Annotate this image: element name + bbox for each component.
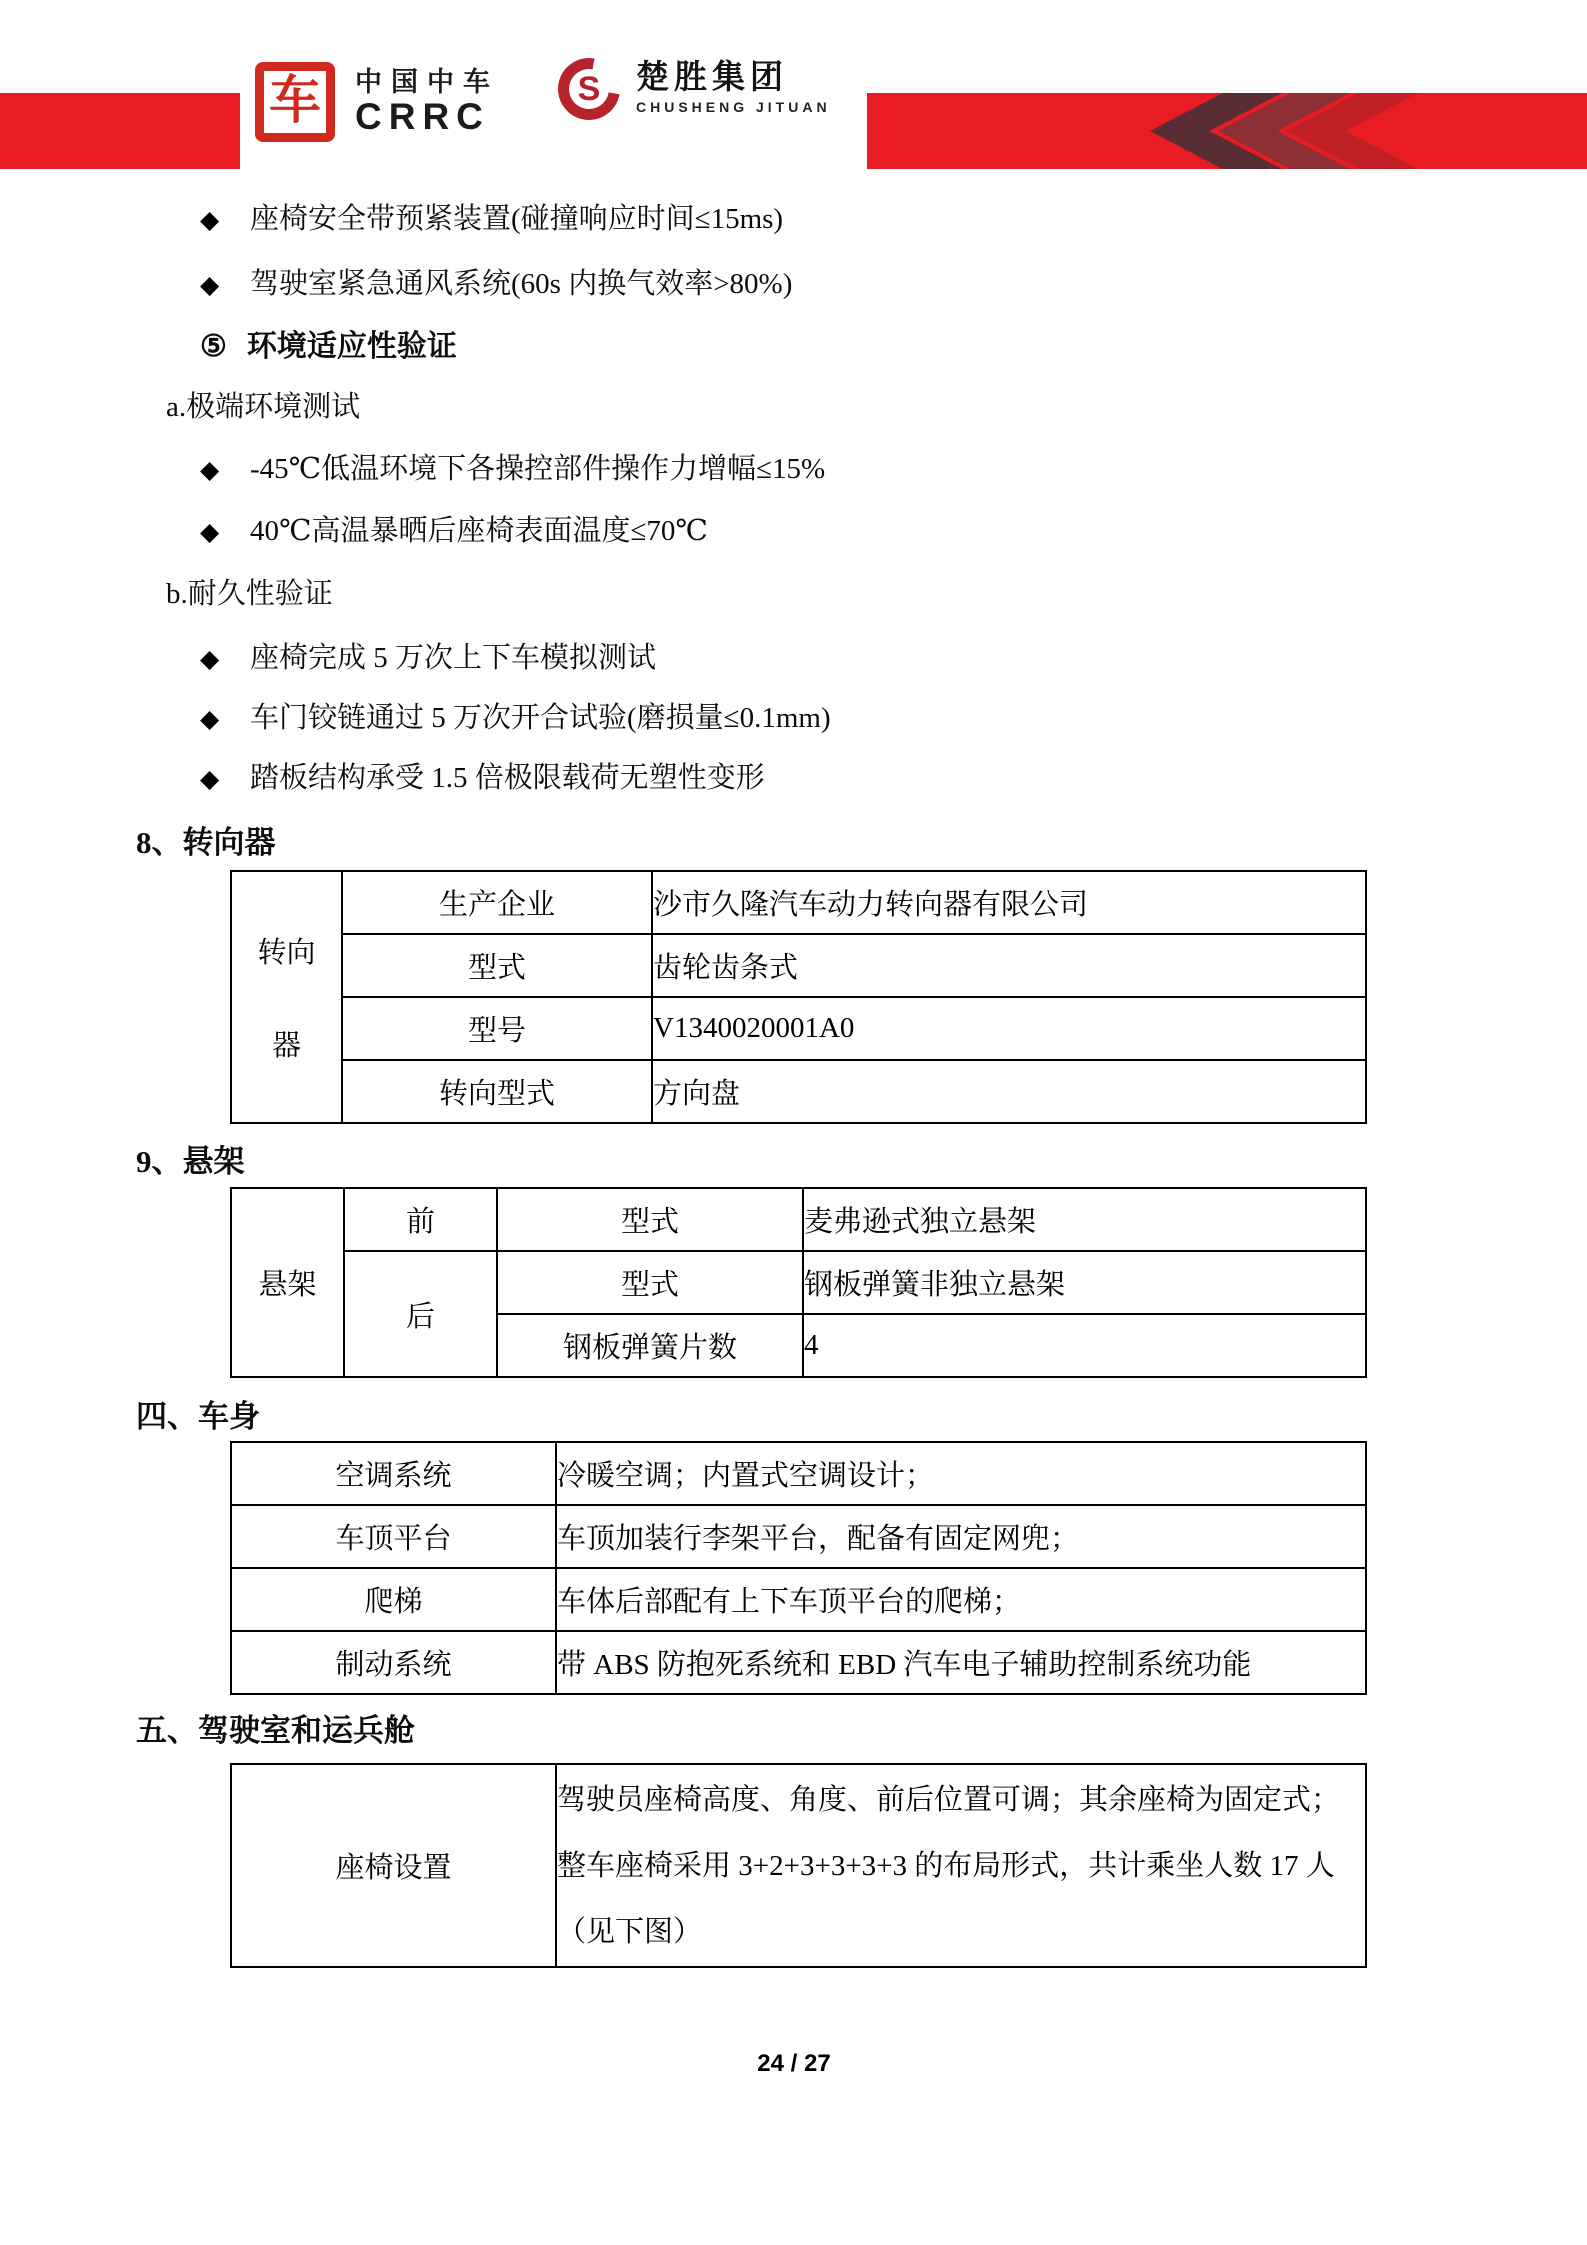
diamond-bullet-icon: ◆ [200, 263, 250, 309]
table-row: 爬梯 车体后部配有上下车顶平台的爬梯； [231, 1568, 1366, 1631]
table-row: 座椅设置 驾驶员座椅高度、角度、前后位置可调；其余座椅为固定式；整车座椅采用 3… [231, 1764, 1366, 1967]
page-number: 24 / 27 [694, 2050, 894, 2078]
chusheng-emblem-glyph: S [558, 58, 620, 120]
sub-item-text: a.极端环境测试 [166, 391, 360, 423]
section-heading-body: 四、车身 [136, 1393, 260, 1441]
front-cell: 前 [344, 1188, 497, 1251]
diamond-bullet-icon: ◆ [200, 198, 250, 244]
table-row: 型号 V1340020001A0 [231, 997, 1366, 1060]
row-label: 空调系统 [231, 1442, 556, 1505]
document-page: 车 中国中车 CRRC S 楚胜集团 CHUSHENG JITUAN ◆座椅安全… [0, 0, 1587, 2245]
cabin-table: 座椅设置 驾驶员座椅高度、角度、前后位置可调；其余座椅为固定式；整车座椅采用 3… [230, 1763, 1367, 1968]
row-label: 制动系统 [231, 1631, 556, 1694]
row-value: 钢板弹簧非独立悬架 [803, 1251, 1366, 1314]
numbered-subheading: ⑤环境适应性验证 [200, 324, 457, 370]
bullet-item: ◆座椅完成 5 万次上下车模拟测试 [200, 635, 656, 681]
row-label: 转向型式 [342, 1060, 652, 1123]
crrc-logo: 车 中国中车 CRRC [255, 62, 499, 142]
bullet-item: ◆踏板结构承受 1.5 倍极限载荷无塑性变形 [200, 755, 765, 801]
row-label: 座椅设置 [231, 1764, 556, 1967]
section-heading-cabin: 五、驾驶室和运兵舱 [136, 1707, 415, 1755]
row-value: 车顶加装行李架平台，配备有固定网兜； [556, 1505, 1366, 1568]
crrc-emblem-glyph: 车 [269, 76, 321, 128]
bullet-text: 座椅完成 5 万次上下车模拟测试 [250, 642, 656, 674]
table-row: 型式 齿轮齿条式 [231, 934, 1366, 997]
row-value: 驾驶员座椅高度、角度、前后位置可调；其余座椅为固定式；整车座椅采用 3+2+3+… [556, 1764, 1366, 1967]
bullet-item: ◆驾驶室紧急通风系统(60s 内换气效率>80%) [200, 261, 792, 307]
crrc-name-cn: 中国中车 [355, 67, 499, 98]
body-table: 空调系统 冷暖空调；内置式空调设计； 车顶平台 车顶加装行李架平台，配备有固定网… [230, 1441, 1367, 1695]
bullet-item: ◆车门铰链通过 5 万次开合试验(磨损量≤0.1mm) [200, 695, 831, 741]
row-label: 生产企业 [342, 871, 652, 934]
diamond-bullet-icon: ◆ [200, 757, 250, 803]
bullet-item: ◆座椅安全带预紧装置(碰撞响应时间≤15ms) [200, 196, 783, 242]
table-row: 空调系统 冷暖空调；内置式空调设计； [231, 1442, 1366, 1505]
row-value: 4 [803, 1314, 1366, 1377]
row-value: 方向盘 [652, 1060, 1366, 1123]
row-value: V1340020001A0 [652, 997, 1366, 1060]
subheading-text: 环境适应性验证 [247, 330, 457, 363]
suspension-group-cell: 悬架 [231, 1188, 344, 1377]
bullet-text: 座椅安全带预紧装置(碰撞响应时间≤15ms) [250, 203, 783, 235]
row-label: 型式 [497, 1251, 803, 1314]
header-left-red-bar [0, 93, 240, 169]
steering-group-cell: 转向 器 [231, 871, 342, 1123]
sub-item: a.极端环境测试 [166, 384, 360, 430]
sub-item: b.耐久性验证 [166, 571, 333, 617]
crrc-name-en: CRRC [355, 98, 499, 137]
table-row: 车顶平台 车顶加装行李架平台，配备有固定网兜； [231, 1505, 1366, 1568]
row-value: 车体后部配有上下车顶平台的爬梯； [556, 1568, 1366, 1631]
chusheng-name-cn: 楚胜集团 [636, 60, 831, 98]
row-label: 型式 [497, 1188, 803, 1251]
chusheng-name-en: CHUSHENG JITUAN [636, 98, 831, 118]
bullet-text: -45℃低温环境下各操控部件操作力增幅≤15% [250, 453, 825, 485]
row-value: 带 ABS 防抱死系统和 EBD 汽车电子辅助控制系统功能 [556, 1631, 1366, 1694]
chusheng-logo: S 楚胜集团 CHUSHENG JITUAN [558, 58, 831, 120]
crrc-emblem-icon: 车 [255, 62, 335, 142]
row-label: 车顶平台 [231, 1505, 556, 1568]
table-row: 悬架 前 型式 麦弗逊式独立悬架 [231, 1188, 1366, 1251]
steering-group-line: 器 [272, 1023, 301, 1064]
steering-group-line: 转向 [257, 930, 315, 971]
sub-item-text: b.耐久性验证 [166, 578, 333, 610]
row-label: 型号 [342, 997, 652, 1060]
row-value: 齿轮齿条式 [652, 934, 1366, 997]
suspension-table: 悬架 前 型式 麦弗逊式独立悬架 后 型式 钢板弹簧非独立悬架 钢板弹簧片数 4 [230, 1187, 1367, 1378]
bullet-item: ◆40℃高温暴晒后座椅表面温度≤70℃ [200, 508, 708, 554]
row-value: 麦弗逊式独立悬架 [803, 1188, 1366, 1251]
diamond-bullet-icon: ◆ [200, 637, 250, 683]
table-row: 后 型式 钢板弹簧非独立悬架 [231, 1251, 1366, 1314]
table-row: 转向型式 方向盘 [231, 1060, 1366, 1123]
row-label: 爬梯 [231, 1568, 556, 1631]
row-label: 型式 [342, 934, 652, 997]
rear-cell: 后 [344, 1251, 497, 1377]
bullet-text: 车门铰链通过 5 万次开合试验(磨损量≤0.1mm) [250, 702, 831, 734]
chusheng-emblem-icon: S [558, 58, 620, 120]
row-value: 沙市久隆汽车动力转向器有限公司 [652, 871, 1366, 934]
table-row: 转向 器 生产企业 沙市久隆汽车动力转向器有限公司 [231, 871, 1366, 934]
row-value: 冷暖空调；内置式空调设计； [556, 1442, 1366, 1505]
diamond-bullet-icon: ◆ [200, 448, 250, 494]
steering-table: 转向 器 生产企业 沙市久隆汽车动力转向器有限公司 型式 齿轮齿条式 型号 V1… [230, 870, 1367, 1124]
circled-five-marker: ⑤ [200, 330, 227, 363]
section-heading-suspension: 9、悬架 [136, 1138, 245, 1186]
header-right-red-band [867, 93, 1587, 169]
bullet-text: 踏板结构承受 1.5 倍极限载荷无塑性变形 [250, 762, 765, 794]
diamond-bullet-icon: ◆ [200, 510, 250, 556]
bullet-item: ◆-45℃低温环境下各操控部件操作力增幅≤15% [200, 446, 825, 492]
diamond-bullet-icon: ◆ [200, 697, 250, 743]
table-row: 制动系统 带 ABS 防抱死系统和 EBD 汽车电子辅助控制系统功能 [231, 1631, 1366, 1694]
bullet-text: 驾驶室紧急通风系统(60s 内换气效率>80%) [250, 268, 792, 300]
row-label: 钢板弹簧片数 [497, 1314, 803, 1377]
bullet-text: 40℃高温暴晒后座椅表面温度≤70℃ [250, 515, 708, 547]
section-heading-steering: 8、转向器 [136, 819, 276, 867]
